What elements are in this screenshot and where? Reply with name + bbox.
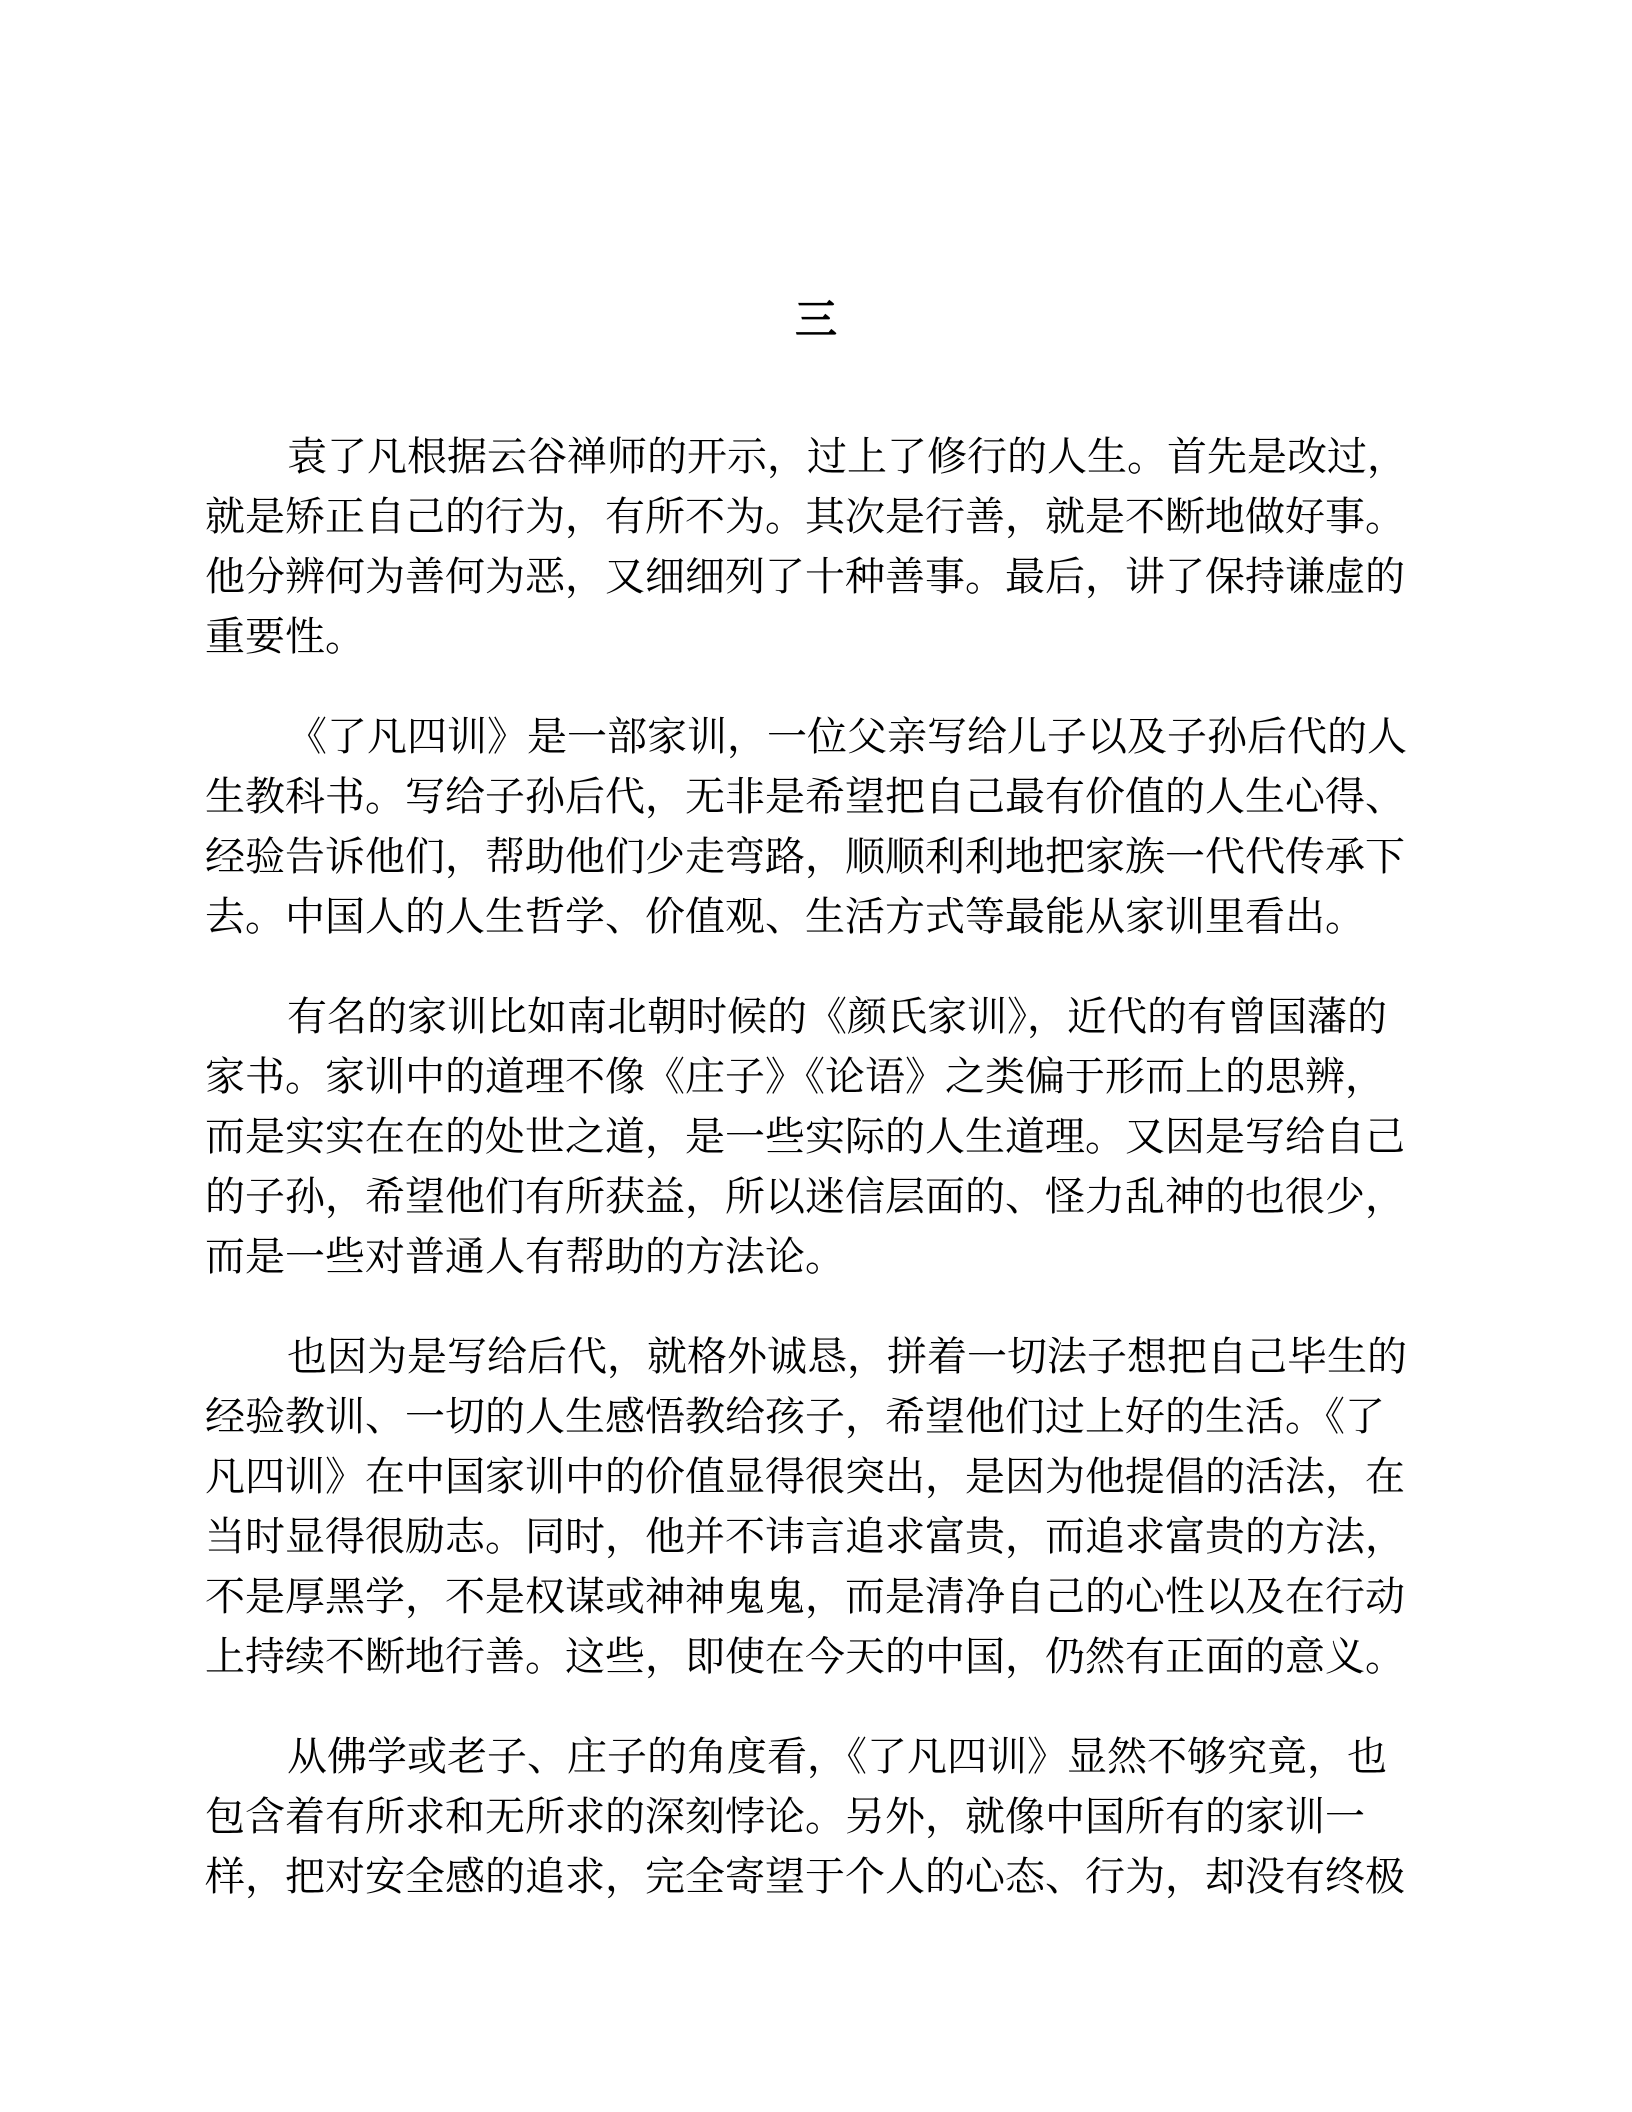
- paragraph-line: 生教科书。写给子孙后代，无非是希望把自己最有价值的人生心得、: [205, 767, 1435, 827]
- paragraph-line: 包含着有所求和无所求的深刻悖论。另外，就像中国所有的家训一: [205, 1787, 1435, 1847]
- paragraph-line: 不是厚黑学，不是权谋或神神鬼鬼，而是清净自己的心性以及在行动: [205, 1567, 1435, 1627]
- paragraph-4: 也因为是写给后代，就格外诚恳，拼着一切法子想把自己毕生的 经验教训、一切的人生感…: [205, 1327, 1435, 1687]
- paragraph-2: 《了凡四训》是一部家训，一位父亲写给儿子以及子孙后代的人 生教科书。写给子孙后代…: [205, 707, 1435, 947]
- paragraph-line: 经验告诉他们，帮助他们少走弯路，顺顺利利地把家族一代代传承下: [205, 827, 1435, 887]
- paragraph-line: 家书。家训中的道理不像《庄子》《论语》之类偏于形而上的思辨，: [205, 1047, 1435, 1107]
- paragraph-3: 有名的家训比如南北朝时候的《颜氏家训》，近代的有曾国藩的 家书。家训中的道理不像…: [205, 987, 1435, 1287]
- paragraph-line: 也因为是写给后代，就格外诚恳，拼着一切法子想把自己毕生的: [205, 1327, 1435, 1387]
- paragraph-line: 重要性。: [205, 607, 1435, 667]
- paragraph-1: 袁了凡根据云谷禅师的开示，过上了修行的人生。首先是改过， 就是矫正自己的行为，有…: [205, 427, 1435, 667]
- paragraph-line: 而是一些对普通人有帮助的方法论。: [205, 1227, 1435, 1287]
- body-text: 袁了凡根据云谷禅师的开示，过上了修行的人生。首先是改过， 就是矫正自己的行为，有…: [205, 427, 1435, 1947]
- paragraph-line: 《了凡四训》是一部家训，一位父亲写给儿子以及子孙后代的人: [205, 707, 1435, 767]
- paragraph-line: 就是矫正自己的行为，有所不为。其次是行善，就是不断地做好事。: [205, 487, 1435, 547]
- paragraph-line: 的子孙，希望他们有所获益，所以迷信层面的、怪力乱神的也很少，: [205, 1167, 1435, 1227]
- document-page: 三 袁了凡根据云谷禅师的开示，过上了修行的人生。首先是改过， 就是矫正自己的行为…: [0, 0, 1632, 2112]
- paragraph-line: 而是实实在在的处世之道，是一些实际的人生道理。又因是写给自己: [205, 1107, 1435, 1167]
- paragraph-line: 凡四训》在中国家训中的价值显得很突出，是因为他提倡的活法，在: [205, 1447, 1435, 1507]
- paragraph-line: 经验教训、一切的人生感悟教给孩子，希望他们过上好的生活。《了: [205, 1387, 1435, 1447]
- paragraph-line: 当时显得很励志。同时，他并不讳言追求富贵，而追求富贵的方法，: [205, 1507, 1435, 1567]
- paragraph-line: 袁了凡根据云谷禅师的开示，过上了修行的人生。首先是改过，: [205, 427, 1435, 487]
- paragraph-line: 有名的家训比如南北朝时候的《颜氏家训》，近代的有曾国藩的: [205, 987, 1435, 1047]
- section-heading: 三: [0, 290, 1632, 350]
- paragraph-line: 上持续不断地行善。这些，即使在今天的中国，仍然有正面的意义。: [205, 1627, 1435, 1687]
- paragraph-line: 样，把对安全感的追求，完全寄望于个人的心态、行为，却没有终极: [205, 1847, 1435, 1907]
- paragraph-5: 从佛学或老子、庄子的角度看，《了凡四训》显然不够究竟，也 包含着有所求和无所求的…: [205, 1727, 1435, 1907]
- paragraph-line: 从佛学或老子、庄子的角度看，《了凡四训》显然不够究竟，也: [205, 1727, 1435, 1787]
- paragraph-line: 去。中国人的人生哲学、价值观、生活方式等最能从家训里看出。: [205, 887, 1435, 947]
- paragraph-line: 他分辨何为善何为恶，又细细列了十种善事。最后，讲了保持谦虚的: [205, 547, 1435, 607]
